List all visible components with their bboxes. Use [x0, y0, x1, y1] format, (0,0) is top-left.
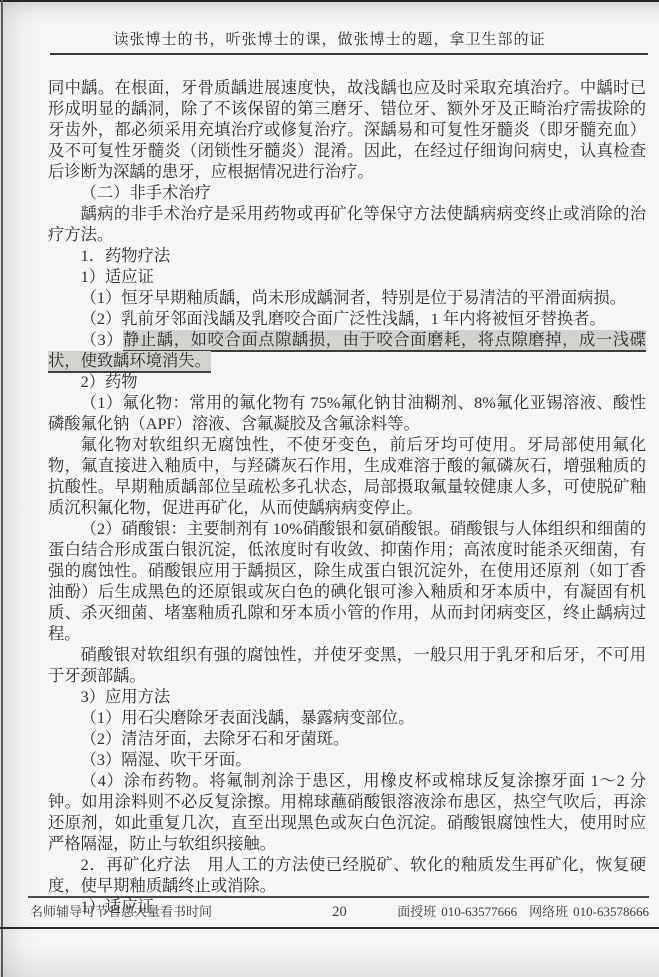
header-slogan: 读张博士的书，听张博士的课，做张博士的题，拿卫生部的证 [0, 29, 659, 51]
footer-online-label: 网络班 [529, 904, 568, 919]
footer-left-text: 名师辅导可节省您大量看书时间 [30, 901, 324, 920]
paragraph-overview: 龋病的非手术治疗是采用药物或再矿化等保守方法使龋病病变终止或消除的治疗方法。 [48, 203, 646, 245]
paragraph-silver-caution: 硝酸银对软组织有强的腐蚀性，并使牙变黑，一般只用于乳牙和后牙，不可用于牙颈部龋。 [48, 644, 646, 686]
footer-online-phone: 010-63578666 [573, 904, 649, 919]
page-footer: 名师辅导可节省您大量看书时间 20 面授班010-63577666网络班010-… [0, 896, 659, 921]
header-rule [50, 53, 648, 55]
list-item-3: （3）静止龋，如咬合面点隙龋损，由于咬合面磨耗，将点隙磨掉，成一浅碟状，使致龋环… [48, 329, 646, 371]
list-item-3-number: （3） [81, 330, 124, 349]
page-bottom-edge [0, 927, 659, 929]
list-item-1: （1）恒牙早期釉质龋，尚未形成龋洞者，特别是位于易清洁的平滑面病损。 [48, 287, 646, 308]
list-item-3-highlighted-text: 静止龋，如咬合面点隙龋损，由于咬合面磨耗，将点隙磨掉，成一浅碟状，使致龋环境消失… [48, 330, 646, 373]
paragraph-fluoride-detail: 氟化物对软组织无腐蚀性，不使牙变色，前后牙均可使用。牙局部使用氟化物，氟直接进入… [48, 434, 646, 518]
heading-indications: 1）适应证 [48, 266, 646, 287]
footer-inperson-label: 面授班 [397, 904, 436, 919]
page-left-edge [1, 0, 3, 977]
footer-inperson-phone: 010-63577666 [441, 904, 517, 919]
list-item-2: （2）乳前牙邻面浅龋及乳磨咬合面广泛性浅龋，1 年内将被恒牙替换者。 [48, 308, 646, 329]
footer-contact-online: 网络班010-63578666 [529, 904, 649, 919]
page-top-edge [0, 0, 659, 2]
application-step-1: （1）用石尖磨除牙表面浅龋，暴露病变部位。 [48, 707, 646, 728]
footer-rule [28, 896, 649, 898]
footer-row: 名师辅导可节省您大量看书时间 20 面授班010-63577666网络班010-… [30, 901, 649, 921]
heading-remineralization: 2．再矿化疗法 用人工的方法使已经脱矿、软化的釉质发生再矿化，恢复硬度，使早期釉… [48, 854, 646, 896]
page-header: 读张博士的书，听张博士的课，做张博士的题，拿卫生部的证 [0, 0, 659, 55]
paragraph-silver-nitrate: （2）硝酸银：主要制剂有 10%硝酸银和氨硝酸银。硝酸银与人体组织和细菌的蛋白结… [48, 518, 646, 644]
application-step-4: （4）涂布药物。将氟制剂涂于患区，用橡皮杯或棉球反复涂擦牙面 1～2 分钟。如用… [48, 770, 646, 854]
page-body: 同中龋。在根面，牙骨质龋进展速度快，故浅龋也应及时采取充填治疗。中龋时已形成明显… [48, 77, 646, 917]
application-step-2: （2）清洁牙面，去除牙石和牙菌斑。 [48, 728, 646, 749]
paragraph-intro: 同中龋。在根面，牙骨质龋进展速度快，故浅龋也应及时采取充填治疗。中龋时已形成明显… [48, 77, 646, 182]
footer-contact-inperson: 面授班010-63577666 [397, 904, 517, 919]
heading-application-method: 3）应用方法 [48, 686, 646, 707]
heading-drugs: 2）药物 [48, 371, 646, 392]
footer-contact: 面授班010-63577666网络班010-63578666 [355, 901, 649, 920]
page-number: 20 [324, 904, 355, 921]
application-step-3: （3）隔湿、吹干牙面。 [48, 749, 646, 770]
heading-drug-therapy: 1．药物疗法 [48, 245, 646, 266]
section-heading-nonsurgical: （二）非手术治疗 [48, 182, 646, 203]
scanned-page: 读张博士的书，听张博士的课，做张博士的题，拿卫生部的证 同中龋。在根面，牙骨质龋… [0, 0, 659, 977]
paragraph-fluoride: （1）氟化物：常用的氟化物有 75%氟化钠甘油糊剂、8%氟化亚锡溶液、酸性磷酸氟… [48, 392, 646, 434]
